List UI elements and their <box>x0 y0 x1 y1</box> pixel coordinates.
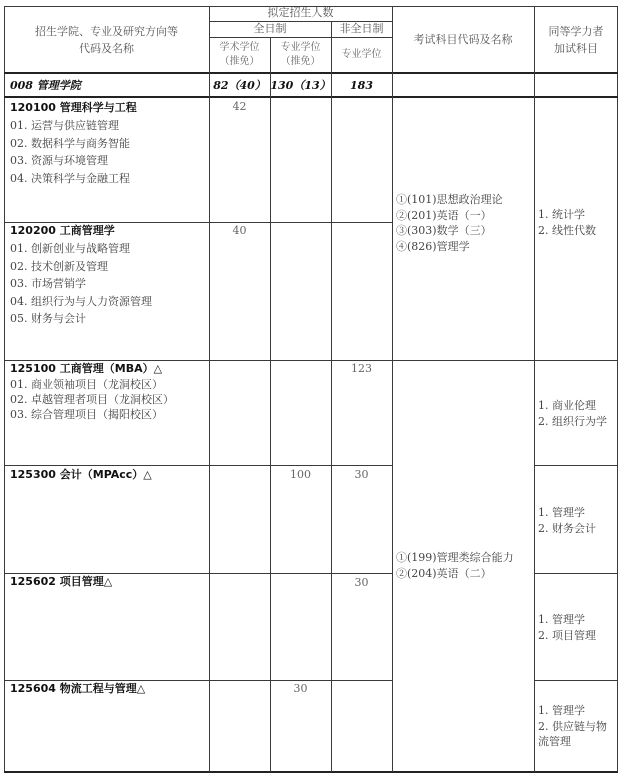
header-equivalent: 同等学力者 加试科目 <box>534 23 618 57</box>
direction-item: 03. 资源与环境管理 <box>10 152 130 170</box>
equivalent-subject: 流管理 <box>538 734 607 750</box>
header-line: 招生学院、专业及研究方向等 <box>4 23 209 40</box>
header-bottom-divider <box>4 72 618 74</box>
direction-item: 04. 组织行为与人力资源管理 <box>10 293 152 311</box>
equivalent-subject: 2. 线性代数 <box>538 223 596 239</box>
divider <box>534 680 618 681</box>
major-title: 125602 项目管理△ <box>10 573 112 590</box>
header-part-professional: 专业学位 <box>331 48 392 62</box>
major-academic-count: 40 <box>209 222 270 239</box>
major-title: 125300 会计（MPAcc）△ <box>10 466 152 483</box>
direction-item: 05. 财务与会计 <box>10 310 152 328</box>
direction-item: 03. 市场营销学 <box>10 275 152 293</box>
header-professional: 专业学位 （推免） <box>270 41 331 69</box>
header-academic: 学术学位 （推免） <box>209 41 270 69</box>
header-line: 加试科目 <box>534 40 618 57</box>
table-border-left <box>4 6 5 772</box>
divider <box>209 37 392 38</box>
table-border-right <box>617 6 618 772</box>
header-line: 专业学位 <box>270 41 331 55</box>
equivalent-subject: 2. 供应链与物 <box>538 719 607 735</box>
header-major-label: 招生学院、专业及研究方向等 代码及名称 <box>4 23 209 57</box>
equivalent-subjects: 1. 管理学 2. 项目管理 <box>538 612 596 643</box>
major-title: 120100 管理科学与工程 <box>10 99 137 116</box>
exam-subjects-group-2: ①(199)管理类综合能力 ②(204)英语（二） <box>396 550 514 581</box>
major-title: 125100 工商管理（MBA）△ <box>10 360 162 377</box>
direction-list: 01. 运营与供应链管理 02. 数据科学与商务智能 03. 资源与环境管理 0… <box>10 117 130 187</box>
major-academic-count: 42 <box>209 98 270 115</box>
direction-item: 02. 数据科学与商务智能 <box>10 135 130 153</box>
major-professional-count: 100 <box>270 466 331 483</box>
divider <box>534 465 618 466</box>
college-row-divider <box>4 96 618 98</box>
direction-item: 01. 运营与供应链管理 <box>10 117 130 135</box>
header-line: （推免） <box>270 55 331 69</box>
exam-subject: ④(826)管理学 <box>396 239 503 255</box>
exam-subject: ①(101)思想政治理论 <box>396 192 503 208</box>
header-line: 学术学位 <box>209 41 270 55</box>
equivalent-subject: 2. 组织行为学 <box>538 414 607 430</box>
direction-list: 01. 创新创业与战略管理 02. 技术创新及管理 03. 市场营销学 04. … <box>10 240 152 328</box>
equivalent-subject: 1. 管理学 <box>538 505 596 521</box>
divider <box>331 21 332 772</box>
direction-item: 02. 卓越管理者项目（龙洞校区） <box>10 391 174 406</box>
direction-item: 01. 创新创业与战略管理 <box>10 240 152 258</box>
college-academic: 82（40） <box>209 77 270 94</box>
divider <box>270 37 271 772</box>
header-line: 同等学力者 <box>534 23 618 40</box>
equivalent-subject: 2. 项目管理 <box>538 628 596 644</box>
divider <box>534 6 535 772</box>
header-plan-total: 拟定招生人数 <box>209 4 392 21</box>
header-exam-subjects: 考试科目代码及名称 <box>392 31 534 48</box>
direction-item: 02. 技术创新及管理 <box>10 258 152 276</box>
divider <box>209 6 210 772</box>
equivalent-subjects: 1. 管理学 2. 财务会计 <box>538 505 596 536</box>
equivalent-subject: 1. 管理学 <box>538 703 607 719</box>
exam-subject: ②(201)英语（一） <box>396 208 503 224</box>
major-part-time-count: 30 <box>331 574 392 591</box>
direction-item: 01. 商业领袖项目（龙洞校区） <box>10 376 174 391</box>
divider <box>534 573 618 574</box>
major-part-time-count: 123 <box>331 360 392 377</box>
major-title: 120200 工商管理学 <box>10 222 115 239</box>
direction-item: 04. 决策科学与金融工程 <box>10 170 130 188</box>
header-part-time: 非全日制 <box>331 20 392 37</box>
college-name: 008 管理学院 <box>10 77 81 94</box>
exam-subject: ③(303)数学（三） <box>396 223 503 239</box>
major-title: 125604 物流工程与管理△ <box>10 680 145 697</box>
exam-subject: ②(204)英语（二） <box>396 566 514 582</box>
header-line: 代码及名称 <box>4 40 209 57</box>
equivalent-subject: 1. 商业伦理 <box>538 398 607 414</box>
exam-subject: ①(199)管理类综合能力 <box>396 550 514 566</box>
header-full-time: 全日制 <box>209 20 331 37</box>
direction-list: 01. 商业领袖项目（龙洞校区） 02. 卓越管理者项目（龙洞校区） 03. 综… <box>10 376 174 421</box>
college-professional: 130（13） <box>270 77 331 94</box>
enrollment-table: 招生学院、专业及研究方向等 代码及名称 拟定招生人数 全日制 非全日制 学术学位… <box>4 6 618 772</box>
equivalent-subject: 1. 管理学 <box>538 612 596 628</box>
equivalent-subject: 2. 财务会计 <box>538 521 596 537</box>
exam-subjects-group-1: ①(101)思想政治理论 ②(201)英语（一） ③(303)数学（三） ④(8… <box>396 192 503 254</box>
equivalent-subject: 1. 统计学 <box>538 207 596 223</box>
major-professional-count: 30 <box>270 680 331 697</box>
equivalent-subjects: 1. 商业伦理 2. 组织行为学 <box>538 398 607 429</box>
college-part-time: 183 <box>331 77 392 94</box>
direction-item: 03. 综合管理项目（揭阳校区） <box>10 406 174 421</box>
equivalent-subjects-group-1: 1. 统计学 2. 线性代数 <box>538 207 596 238</box>
major-part-time-count: 30 <box>331 466 392 483</box>
equivalent-subjects: 1. 管理学 2. 供应链与物 流管理 <box>538 703 607 750</box>
table-border-bottom <box>4 771 618 773</box>
header-line: （推免） <box>209 55 270 69</box>
divider <box>392 6 393 772</box>
